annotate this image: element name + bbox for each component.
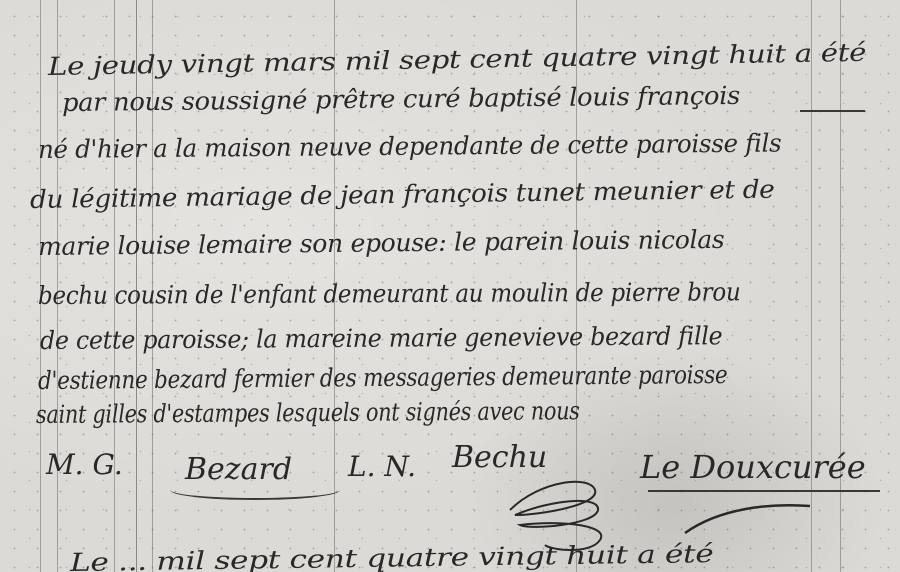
text-line-6: bechu cousin de l'enfant demeurant au mo… bbox=[38, 277, 741, 310]
text-line-7: de cette paroisse; la mareine marie gene… bbox=[40, 321, 723, 355]
ruled-line bbox=[811, 0, 812, 572]
text-line-4: du légitime mariage de jean françois tun… bbox=[30, 175, 775, 214]
next-entry-fragment: Le ... mil sept cent quatre vingt huit a… bbox=[70, 539, 714, 572]
text-line-5: marie louise lemaire son epouse: le pare… bbox=[38, 225, 725, 261]
text-line-9: saint gilles d'estampes lesquels ont sig… bbox=[36, 396, 580, 429]
text-line-1: Le jeudy vingt mars mil sept cent quatre… bbox=[48, 38, 867, 81]
text-line-3: né d'hier a la maison neuve dependante d… bbox=[38, 129, 782, 164]
signature-godfather-initials: L. N. bbox=[348, 450, 416, 483]
signature-underline bbox=[648, 490, 880, 492]
signature-flourish bbox=[170, 480, 340, 500]
register-page: Le jeudy vingt mars mil sept cent quatre… bbox=[0, 0, 900, 572]
signature-godmother-initials: M. G. bbox=[46, 448, 123, 481]
ruled-line bbox=[840, 0, 841, 572]
text-line-2: par nous soussigné prêtre curé baptisé l… bbox=[62, 81, 740, 117]
signature-flourish bbox=[680, 498, 820, 538]
line-filler-dash bbox=[800, 110, 865, 112]
text-line-8: d'estienne bezard fermier des messagerie… bbox=[38, 360, 728, 395]
signature-priest: Le Douxcurée bbox=[640, 448, 866, 486]
